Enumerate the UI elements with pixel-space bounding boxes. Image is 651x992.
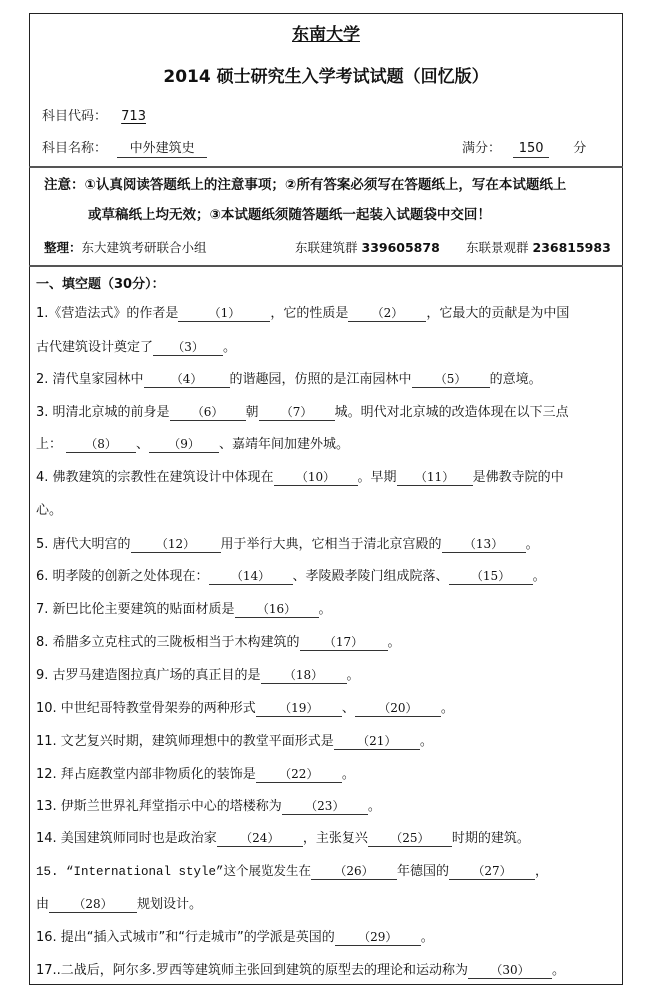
answer-blank-5[interactable]: （5） xyxy=(412,371,490,388)
answer-blank-20[interactable]: （20） xyxy=(355,700,441,717)
full-score-label: 满分： xyxy=(462,141,501,156)
question-text: 。 xyxy=(441,701,454,716)
question-text: 心。 xyxy=(36,503,62,518)
question-7: 7. 新巴比伦主要建筑的贴面材质是（16）。 xyxy=(36,601,332,619)
question-5: 5. 唐代大明宫的（12）用于举行大典，它相当于清北京宫殿的（13）。 xyxy=(36,536,539,554)
question-text: 时期的建筑。 xyxy=(452,831,530,846)
answer-blank-15[interactable]: （15） xyxy=(449,568,533,585)
subject-name-row: 科目名称： 中外建筑史 xyxy=(42,140,207,158)
group1-label: 东联建筑群 xyxy=(295,240,358,255)
question-text: 15. “International style”这个展览发生在 xyxy=(36,865,311,879)
question-text: 8. 希腊多立克柱式的三陇板相当于木构建筑的 xyxy=(36,635,300,650)
answer-blank-29[interactable]: （29） xyxy=(335,929,421,946)
question-text: 5. 唐代大明宫的 xyxy=(36,537,131,552)
answer-blank-19[interactable]: （19） xyxy=(256,700,342,717)
question-10: 10. 中世纪哥特教堂骨架券的两种形式（19）、（20）。 xyxy=(36,700,454,718)
question-text: 7. 新巴比伦主要建筑的贴面材质是 xyxy=(36,602,235,617)
notice-label: 注意： xyxy=(44,177,85,193)
answer-blank-24[interactable]: （24） xyxy=(217,830,303,847)
notice-text-1: ①认真阅读答题纸上的注意事项；②所有答案必须写在答题纸上，写在本试题纸上 xyxy=(85,177,567,193)
group1-row: 东联建筑群 339605878 xyxy=(295,239,440,257)
question-text: 10. 中世纪哥特教堂骨架券的两种形式 xyxy=(36,701,256,716)
question-14: 14. 美国建筑师同时也是政治家（24），主张复兴（25）时期的建筑。 xyxy=(36,830,530,848)
question-15: 15. “International style”这个展览发生在（26）年德国的… xyxy=(36,863,548,881)
answer-blank-30[interactable]: （30） xyxy=(468,962,552,979)
question-text: 由 xyxy=(36,897,49,912)
group2-number: 236815983 xyxy=(533,240,611,255)
question-text: 。 xyxy=(526,537,539,552)
divider-notice xyxy=(29,265,623,267)
university-title: 东南大学 xyxy=(29,26,623,44)
notice-line-1: 注意：①认真阅读答题纸上的注意事项；②所有答案必须写在答题纸上，写在本试题纸上 xyxy=(44,176,566,194)
compiler-label: 整理： xyxy=(44,240,82,255)
group2-row: 东联景观群 236815983 xyxy=(466,239,611,257)
group2-label: 东联景观群 xyxy=(466,240,529,255)
question-text: 11. 文艺复兴时期，建筑师理想中的教堂平面形式是 xyxy=(36,734,334,749)
answer-blank-16[interactable]: （16） xyxy=(235,601,319,618)
divider-header xyxy=(29,166,623,168)
question-12: 12. 拜占庭教堂内部非物质化的装饰是（22）。 xyxy=(36,766,355,784)
question-text: 是佛教寺院的中 xyxy=(473,470,564,485)
question-text: 用于举行大典，它相当于清北京宫殿的 xyxy=(221,537,442,552)
question-text: 。 xyxy=(552,963,565,978)
question-text: 规划设计。 xyxy=(137,897,202,912)
subject-code-row: 科目代码： 713 xyxy=(42,108,146,126)
answer-blank-13[interactable]: （13） xyxy=(442,536,526,553)
question-6: 6. 明孝陵的创新之处体现在：（14）、孝陵殿孝陵门组成院落、（15）。 xyxy=(36,568,546,586)
question-text: 。 xyxy=(421,930,434,945)
full-score-row: 满分： 150 分 xyxy=(462,140,586,158)
question-text: 。早期 xyxy=(358,470,397,485)
question-text: 。 xyxy=(420,734,433,749)
full-score-value: 150 xyxy=(513,141,549,158)
question-1: 1.《营造法式》的作者是（1），它的性质是（2），它最大的贡献是为中国 xyxy=(36,305,569,323)
answer-blank-22[interactable]: （22） xyxy=(256,766,342,783)
question-text: 1.《营造法式》的作者是 xyxy=(36,306,178,321)
answer-blank-28[interactable]: （28） xyxy=(49,896,137,913)
question-text: 。 xyxy=(223,340,236,355)
answer-blank-17[interactable]: （17） xyxy=(300,634,388,651)
answer-blank-25[interactable]: （25） xyxy=(368,830,452,847)
question-text: 、嘉靖年间加建外城。 xyxy=(219,437,349,452)
subject-name-value: 中外建筑史 xyxy=(117,141,207,158)
group1-number: 339605878 xyxy=(362,240,440,255)
question-4: 4. 佛教建筑的宗教性在建筑设计中体现在（10）。早期（11）是佛教寺院的中 xyxy=(36,469,564,487)
section-title: 一、填空题（30分）： xyxy=(36,276,165,294)
question-text: 。 xyxy=(347,668,360,683)
question-9: 9. 古罗马建造图拉真广场的真正目的是（18）。 xyxy=(36,667,360,685)
answer-blank-14[interactable]: （14） xyxy=(209,568,293,585)
question-text: 9. 古罗马建造图拉真广场的真正目的是 xyxy=(36,668,261,683)
question-text: 朝 xyxy=(246,405,259,420)
question-text: 年德国的 xyxy=(397,864,449,879)
question-11: 11. 文艺复兴时期，建筑师理想中的教堂平面形式是（21）。 xyxy=(36,733,433,751)
answer-blank-8[interactable]: （8） xyxy=(66,436,136,453)
exam-title: 2014 硕士研究生入学考试试题（回忆版） xyxy=(29,68,623,86)
question-text: 13. 伊斯兰世界礼拜堂指示中心的塔楼称为 xyxy=(36,799,282,814)
compiler-name: 东大建筑考研联合小组 xyxy=(82,240,207,255)
answer-blank-21[interactable]: （21） xyxy=(334,733,420,750)
question-text: 的意境。 xyxy=(490,372,542,387)
question-17: 17..二战后，阿尔多.罗西等建筑师主张回到建筑的原型去的理论和运动称为（30）… xyxy=(36,962,565,980)
question-text: 的谐趣园，仿照的是江南园林中 xyxy=(230,372,412,387)
answer-blank-1[interactable]: （1） xyxy=(178,305,270,322)
answer-blank-3[interactable]: （3） xyxy=(153,339,223,356)
question-text: 16. 提出“插入式城市”和“行走城市”的学派是英国的 xyxy=(36,930,335,945)
answer-blank-10[interactable]: （10） xyxy=(274,469,358,486)
question-text: 。 xyxy=(388,635,401,650)
question-text: 上： xyxy=(36,437,62,452)
answer-blank-9[interactable]: （9） xyxy=(149,436,219,453)
question-text: 。 xyxy=(342,767,355,782)
question-3: 3. 明清北京城的前身是（6）朝（7）城。明代对北京城的改造体现在以下三点 xyxy=(36,404,569,422)
compiler-row: 整理：东大建筑考研联合小组 xyxy=(44,239,207,257)
question-text: 、 xyxy=(136,437,149,452)
question-text: ，它最大的贡献是为中国 xyxy=(426,306,569,321)
question-15-cont: 由（28）规划设计。 xyxy=(36,896,202,914)
subject-code-label: 科目代码： xyxy=(42,109,107,124)
question-text: ， xyxy=(535,864,548,879)
question-8: 8. 希腊多立克柱式的三陇板相当于木构建筑的（17）。 xyxy=(36,634,401,652)
answer-blank-12[interactable]: （12） xyxy=(131,536,221,553)
question-13: 13. 伊斯兰世界礼拜堂指示中心的塔楼称为（23）。 xyxy=(36,798,381,816)
question-2: 2. 清代皇家园林中（4）的谐趣园，仿照的是江南园林中（5）的意境。 xyxy=(36,371,542,389)
question-3-cont: 上：（8）、（9）、嘉靖年间加建外城。 xyxy=(36,436,349,454)
question-text: 城。明代对北京城的改造体现在以下三点 xyxy=(335,405,569,420)
question-text: 。 xyxy=(533,569,546,584)
answer-blank-23[interactable]: （23） xyxy=(282,798,368,815)
question-text: 17..二战后，阿尔多.罗西等建筑师主张回到建筑的原型去的理论和运动称为 xyxy=(36,963,468,978)
answer-blank-11[interactable]: （11） xyxy=(397,469,473,486)
question-16: 16. 提出“插入式城市”和“行走城市”的学派是英国的（29）。 xyxy=(36,929,434,947)
question-text: 。 xyxy=(319,602,332,617)
score-unit: 分 xyxy=(573,141,586,156)
answer-blank-2[interactable]: （2） xyxy=(348,305,426,322)
question-text: 3. 明清北京城的前身是 xyxy=(36,405,170,420)
question-1-cont: 古代建筑设计奠定了（3）。 xyxy=(36,339,236,357)
question-text: 4. 佛教建筑的宗教性在建筑设计中体现在 xyxy=(36,470,274,485)
notice-line-2: 或草稿纸上均无效；③本试题纸须随答题纸一起装入试题袋中交回！ xyxy=(88,206,491,224)
question-text: 2. 清代皇家园林中 xyxy=(36,372,144,387)
question-text: ，它的性质是 xyxy=(270,306,348,321)
answer-blank-4[interactable]: （4） xyxy=(144,371,230,388)
question-text: 古代建筑设计奠定了 xyxy=(36,340,153,355)
answer-blank-27[interactable]: （27） xyxy=(449,863,535,880)
question-text: 12. 拜占庭教堂内部非物质化的装饰是 xyxy=(36,767,256,782)
subject-code-value: 713 xyxy=(121,109,146,124)
question-text: ，主张复兴 xyxy=(303,831,368,846)
question-text: 、 xyxy=(342,701,355,716)
answer-blank-18[interactable]: （18） xyxy=(261,667,347,684)
question-4-cont: 心。 xyxy=(36,502,62,520)
answer-blank-26[interactable]: （26） xyxy=(311,863,397,880)
answer-blank-6[interactable]: （6） xyxy=(170,404,246,421)
question-text: 、孝陵殿孝陵门组成院落、 xyxy=(293,569,449,584)
question-text: 14. 美国建筑师同时也是政治家 xyxy=(36,831,217,846)
question-text: 6. 明孝陵的创新之处体现在： xyxy=(36,569,209,584)
subject-name-label: 科目名称： xyxy=(42,141,107,156)
answer-blank-7[interactable]: （7） xyxy=(259,404,335,421)
question-text: 。 xyxy=(368,799,381,814)
